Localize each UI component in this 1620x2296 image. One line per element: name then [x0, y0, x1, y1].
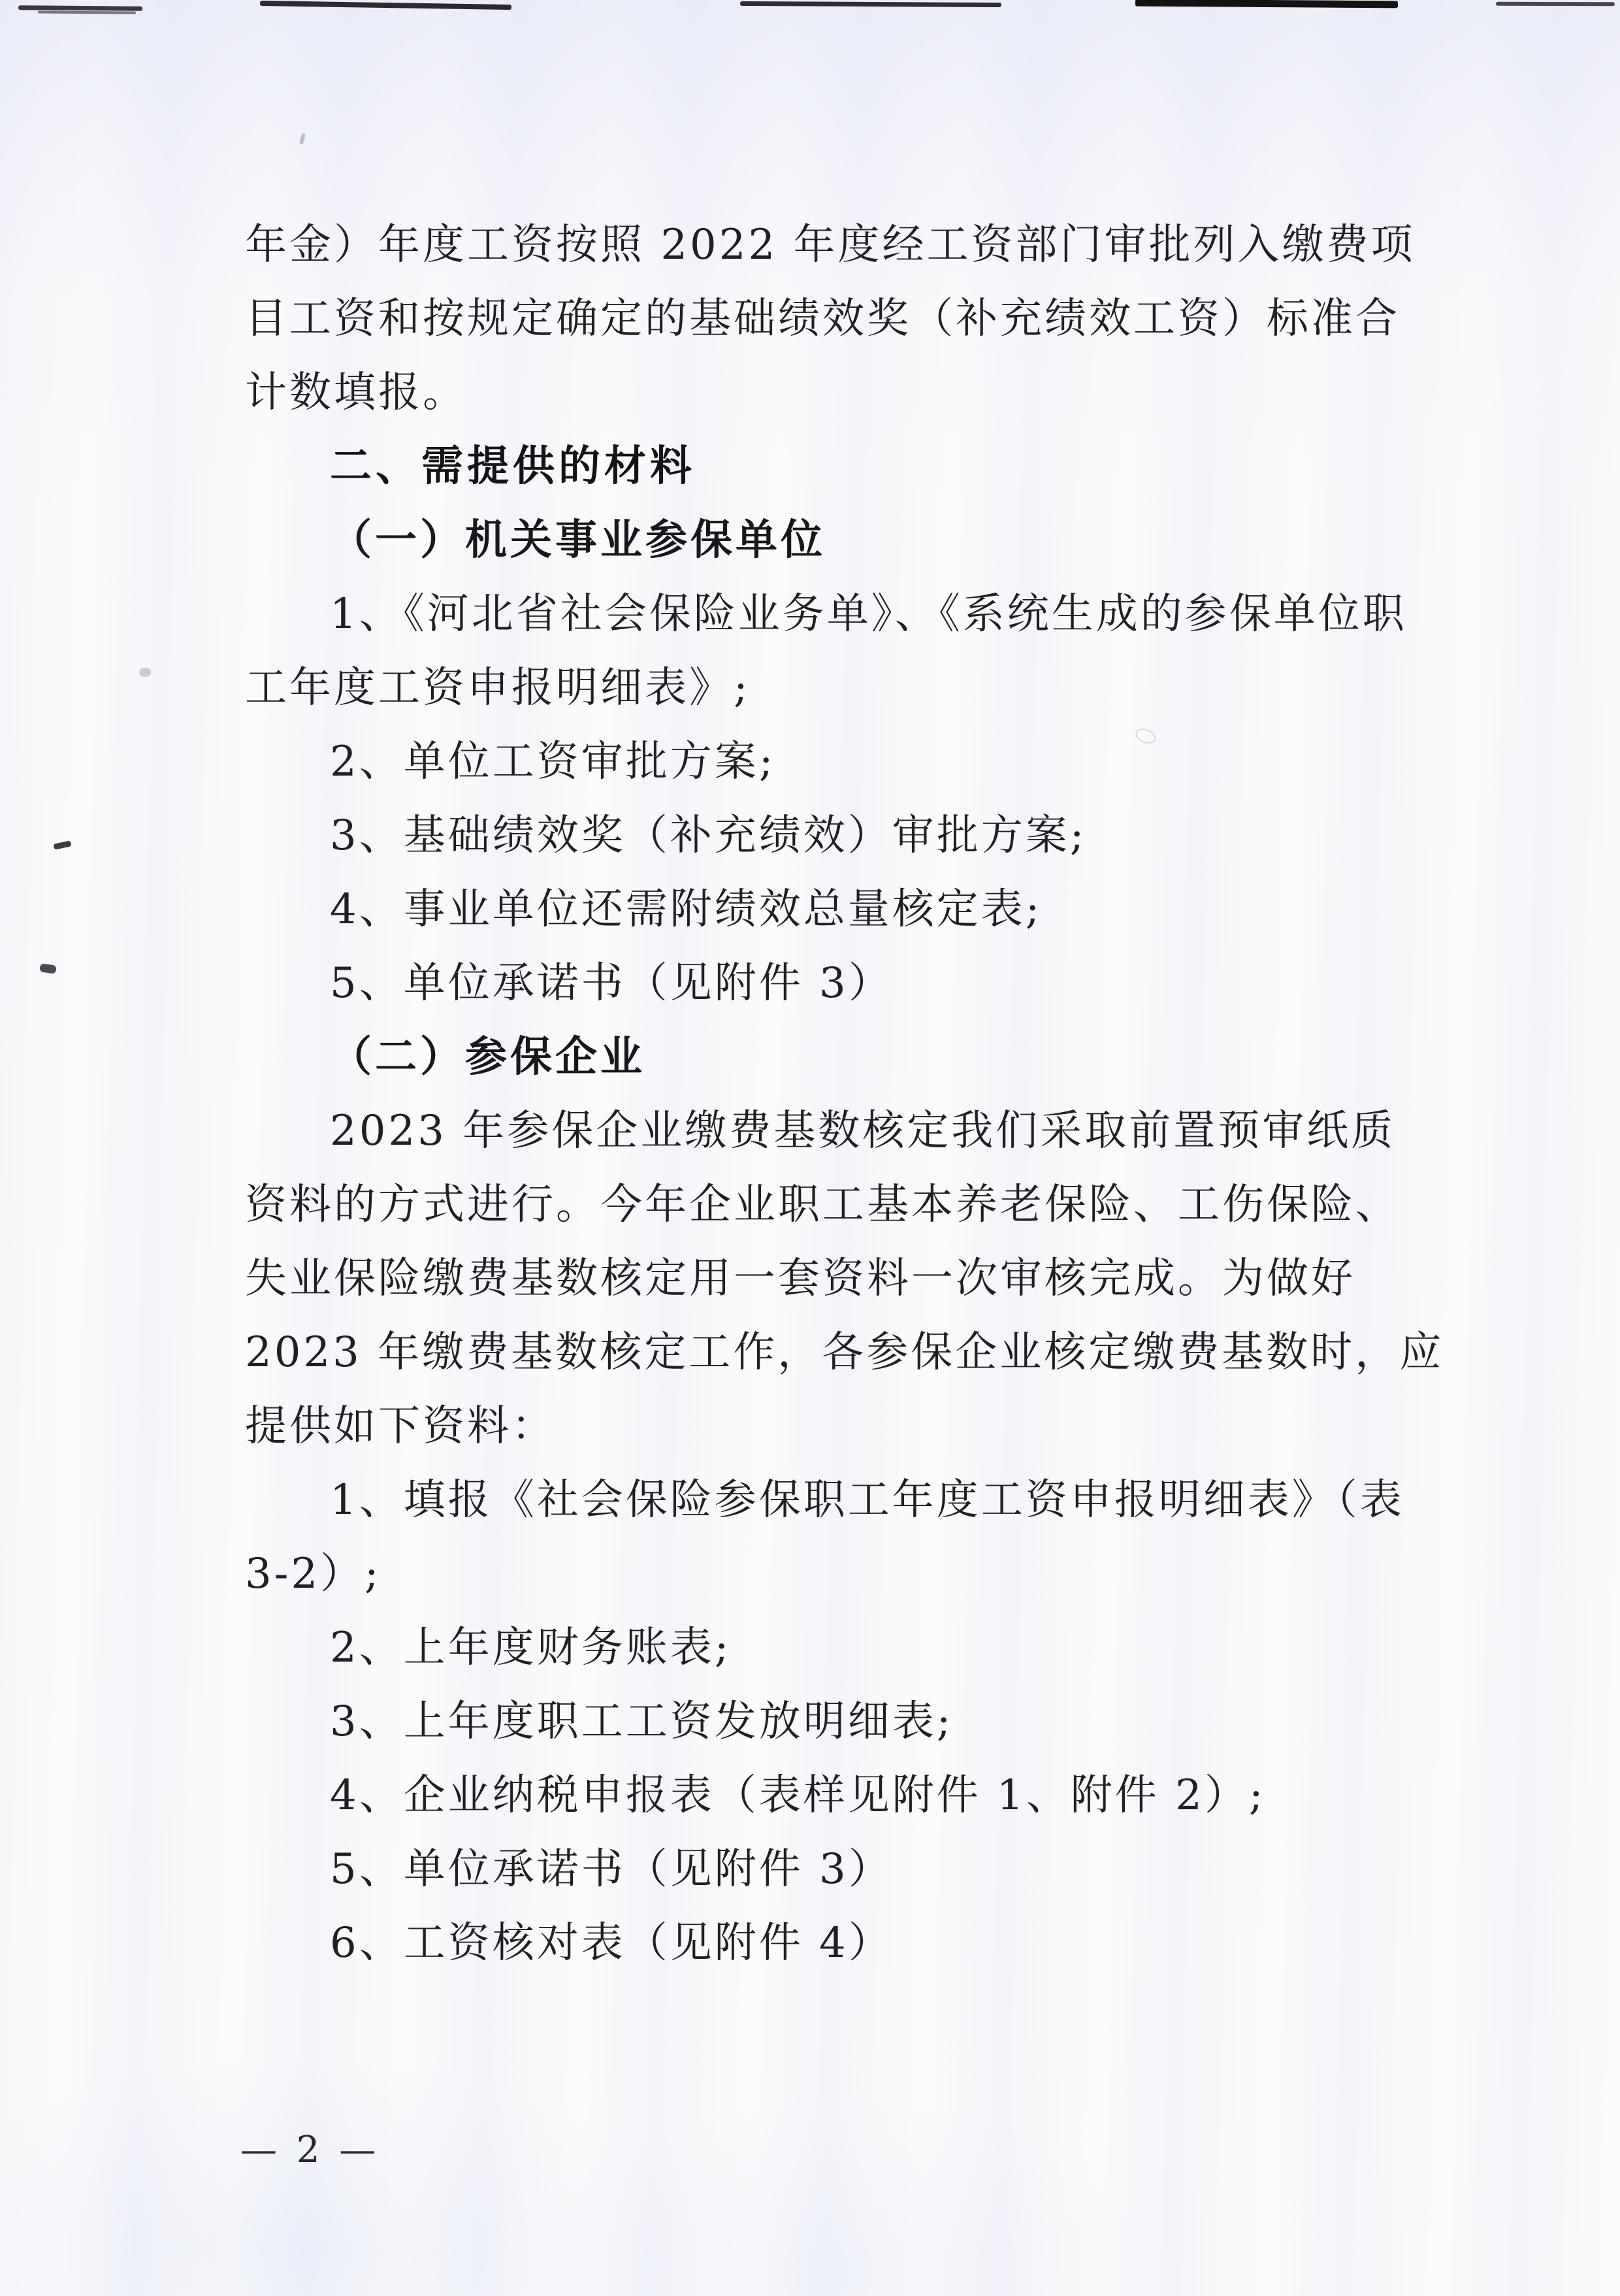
list-item-1-enterprise: 1、填报《社会保险参保职工年度工资申报明细表》（表: [245, 1464, 1414, 1537]
list-item-1-continuation: 3-2）;: [245, 1537, 1414, 1611]
list-item-4: 4、事业单位还需附绩效总量核定表;: [245, 873, 1414, 947]
list-item-2-enterprise: 2、上年度财务账表;: [245, 1611, 1414, 1685]
list-item-3: 3、基础绩效奖（补充绩效）审批方案;: [245, 799, 1414, 873]
scan-artifact-top-1: [18, 5, 142, 11]
list-item-4-enterprise: 4、企业纳税申报表（表样见附件 1、附件 2）;: [245, 1759, 1414, 1833]
list-item-2: 2、单位工资审批方案;: [245, 725, 1414, 799]
ink-speck: [39, 963, 57, 974]
document-body: 年金）年度工资按照 2022 年度经工资部门审批列入缴费项 目工资和按规定确定的…: [245, 208, 1414, 1980]
scan-artifact-top-4: [1135, 0, 1398, 8]
subsection-heading-2: （二）参保企业: [245, 1021, 1414, 1094]
subsection-heading-1: （一）机关事业参保单位: [245, 504, 1414, 578]
paragraph-line: 失业保险缴费基数核定用一套资料一次审核完成。为做好: [245, 1242, 1414, 1316]
paragraph-line: 资料的方式进行。今年企业职工基本养老保险、工伤保险、: [245, 1168, 1414, 1242]
paragraph-line: 年金）年度工资按照 2022 年度经工资部门审批列入缴费项: [245, 208, 1414, 282]
ink-speck: [139, 668, 151, 677]
scan-artifact-top-5: [1496, 2, 1615, 7]
list-item-6-enterprise: 6、工资核对表（见附件 4）: [245, 1907, 1414, 1980]
list-item-1: 1、《河北省社会保险业务单》、《系统生成的参保单位职: [245, 578, 1414, 651]
list-item-3-enterprise: 3、上年度职工工资发放明细表;: [245, 1685, 1414, 1759]
ink-speck: [53, 840, 71, 849]
scan-artifact-top-1b: [38, 10, 136, 14]
page-number: — 2 —: [240, 2129, 380, 2171]
scan-artifact-top-3: [740, 1, 1001, 7]
paragraph-line: 2023 年缴费基数核定工作，各参保企业核定缴费基数时，应: [245, 1316, 1414, 1390]
paragraph-line: 提供如下资料：: [245, 1390, 1414, 1464]
ink-speck: [299, 133, 306, 145]
paragraph-line: 目工资和按规定确定的基础绩效奖（补充绩效工资）标准合: [245, 282, 1414, 356]
paragraph-line: 计数填报。: [245, 356, 1414, 430]
section-heading-2: 二、需提供的材料: [245, 430, 1414, 504]
list-item-5: 5、单位承诺书（见附件 3）: [245, 947, 1414, 1021]
list-item-1-continuation: 工年度工资申报明细表》;: [245, 651, 1414, 725]
paragraph-line: 2023 年参保企业缴费基数核定我们采取前置预审纸质: [245, 1094, 1414, 1168]
list-item-5-enterprise: 5、单位承诺书（见附件 3）: [245, 1833, 1414, 1907]
scan-artifact-top-2: [260, 1, 511, 10]
scanned-document-page: 年金）年度工资按照 2022 年度经工资部门审批列入缴费项 目工资和按规定确定的…: [0, 0, 1620, 2296]
